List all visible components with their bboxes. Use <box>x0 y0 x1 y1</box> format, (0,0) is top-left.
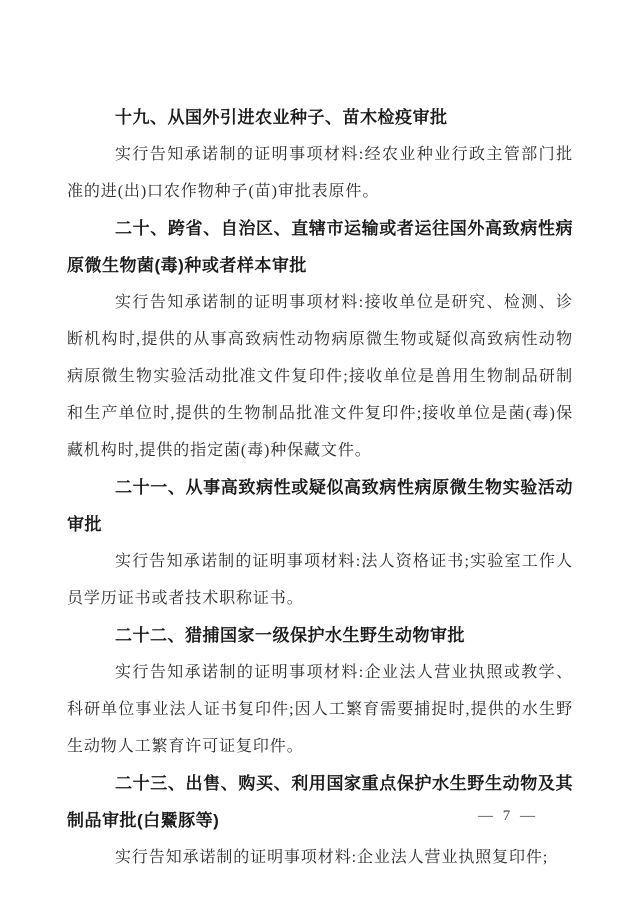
section-19-heading: 十九、从国外引进农业种子、苗木检疫审批 <box>67 99 573 136</box>
section-20-heading: 二十、跨省、自治区、直辖市运输或者运往国外高致病性病原微生物菌(毒)种或者样本审… <box>67 210 573 284</box>
document-page: 十九、从国外引进农业种子、苗木检疫审批 实行告知承诺制的证明事项材料:经农业种业… <box>0 0 641 906</box>
page-number: — 7 — <box>0 808 538 825</box>
document-content: 十九、从国外引进农业种子、苗木检疫审批 实行告知承诺制的证明事项材料:经农业种业… <box>67 99 573 876</box>
section-21: 二十一、从事高致病性或疑似高致病性病原微生物实验活动审批 实行告知承诺制的证明事… <box>67 469 573 617</box>
section-22-body: 实行告知承诺制的证明事项材料:企业法人营业执照或教学、科研单位事业法人证书复印件… <box>67 654 573 765</box>
section-19: 十九、从国外引进农业种子、苗木检疫审批 实行告知承诺制的证明事项材料:经农业种业… <box>67 99 573 210</box>
section-23-heading: 二十三、出售、购买、利用国家重点保护水生野生动物及其制品审批(白鱀豚等) <box>67 765 573 839</box>
section-23-body: 实行告知承诺制的证明事项材料:企业法人营业执照复印件; <box>67 839 573 876</box>
section-20: 二十、跨省、自治区、直辖市运输或者运往国外高致病性病原微生物菌(毒)种或者样本审… <box>67 210 573 469</box>
section-22-heading: 二十二、猎捕国家一级保护水生野生动物审批 <box>67 617 573 654</box>
section-21-heading: 二十一、从事高致病性或疑似高致病性病原微生物实验活动审批 <box>67 469 573 543</box>
section-22: 二十二、猎捕国家一级保护水生野生动物审批 实行告知承诺制的证明事项材料:企业法人… <box>67 617 573 765</box>
section-21-body: 实行告知承诺制的证明事项材料:法人资格证书;实验室工作人员学历证书或者技术职称证… <box>67 543 573 617</box>
section-19-body: 实行告知承诺制的证明事项材料:经农业种业行政主管部门批准的进(出)口农作物种子(… <box>67 136 573 210</box>
section-20-body: 实行告知承诺制的证明事项材料:接收单位是研究、检测、诊断机构时,提供的从事高致病… <box>67 284 573 469</box>
